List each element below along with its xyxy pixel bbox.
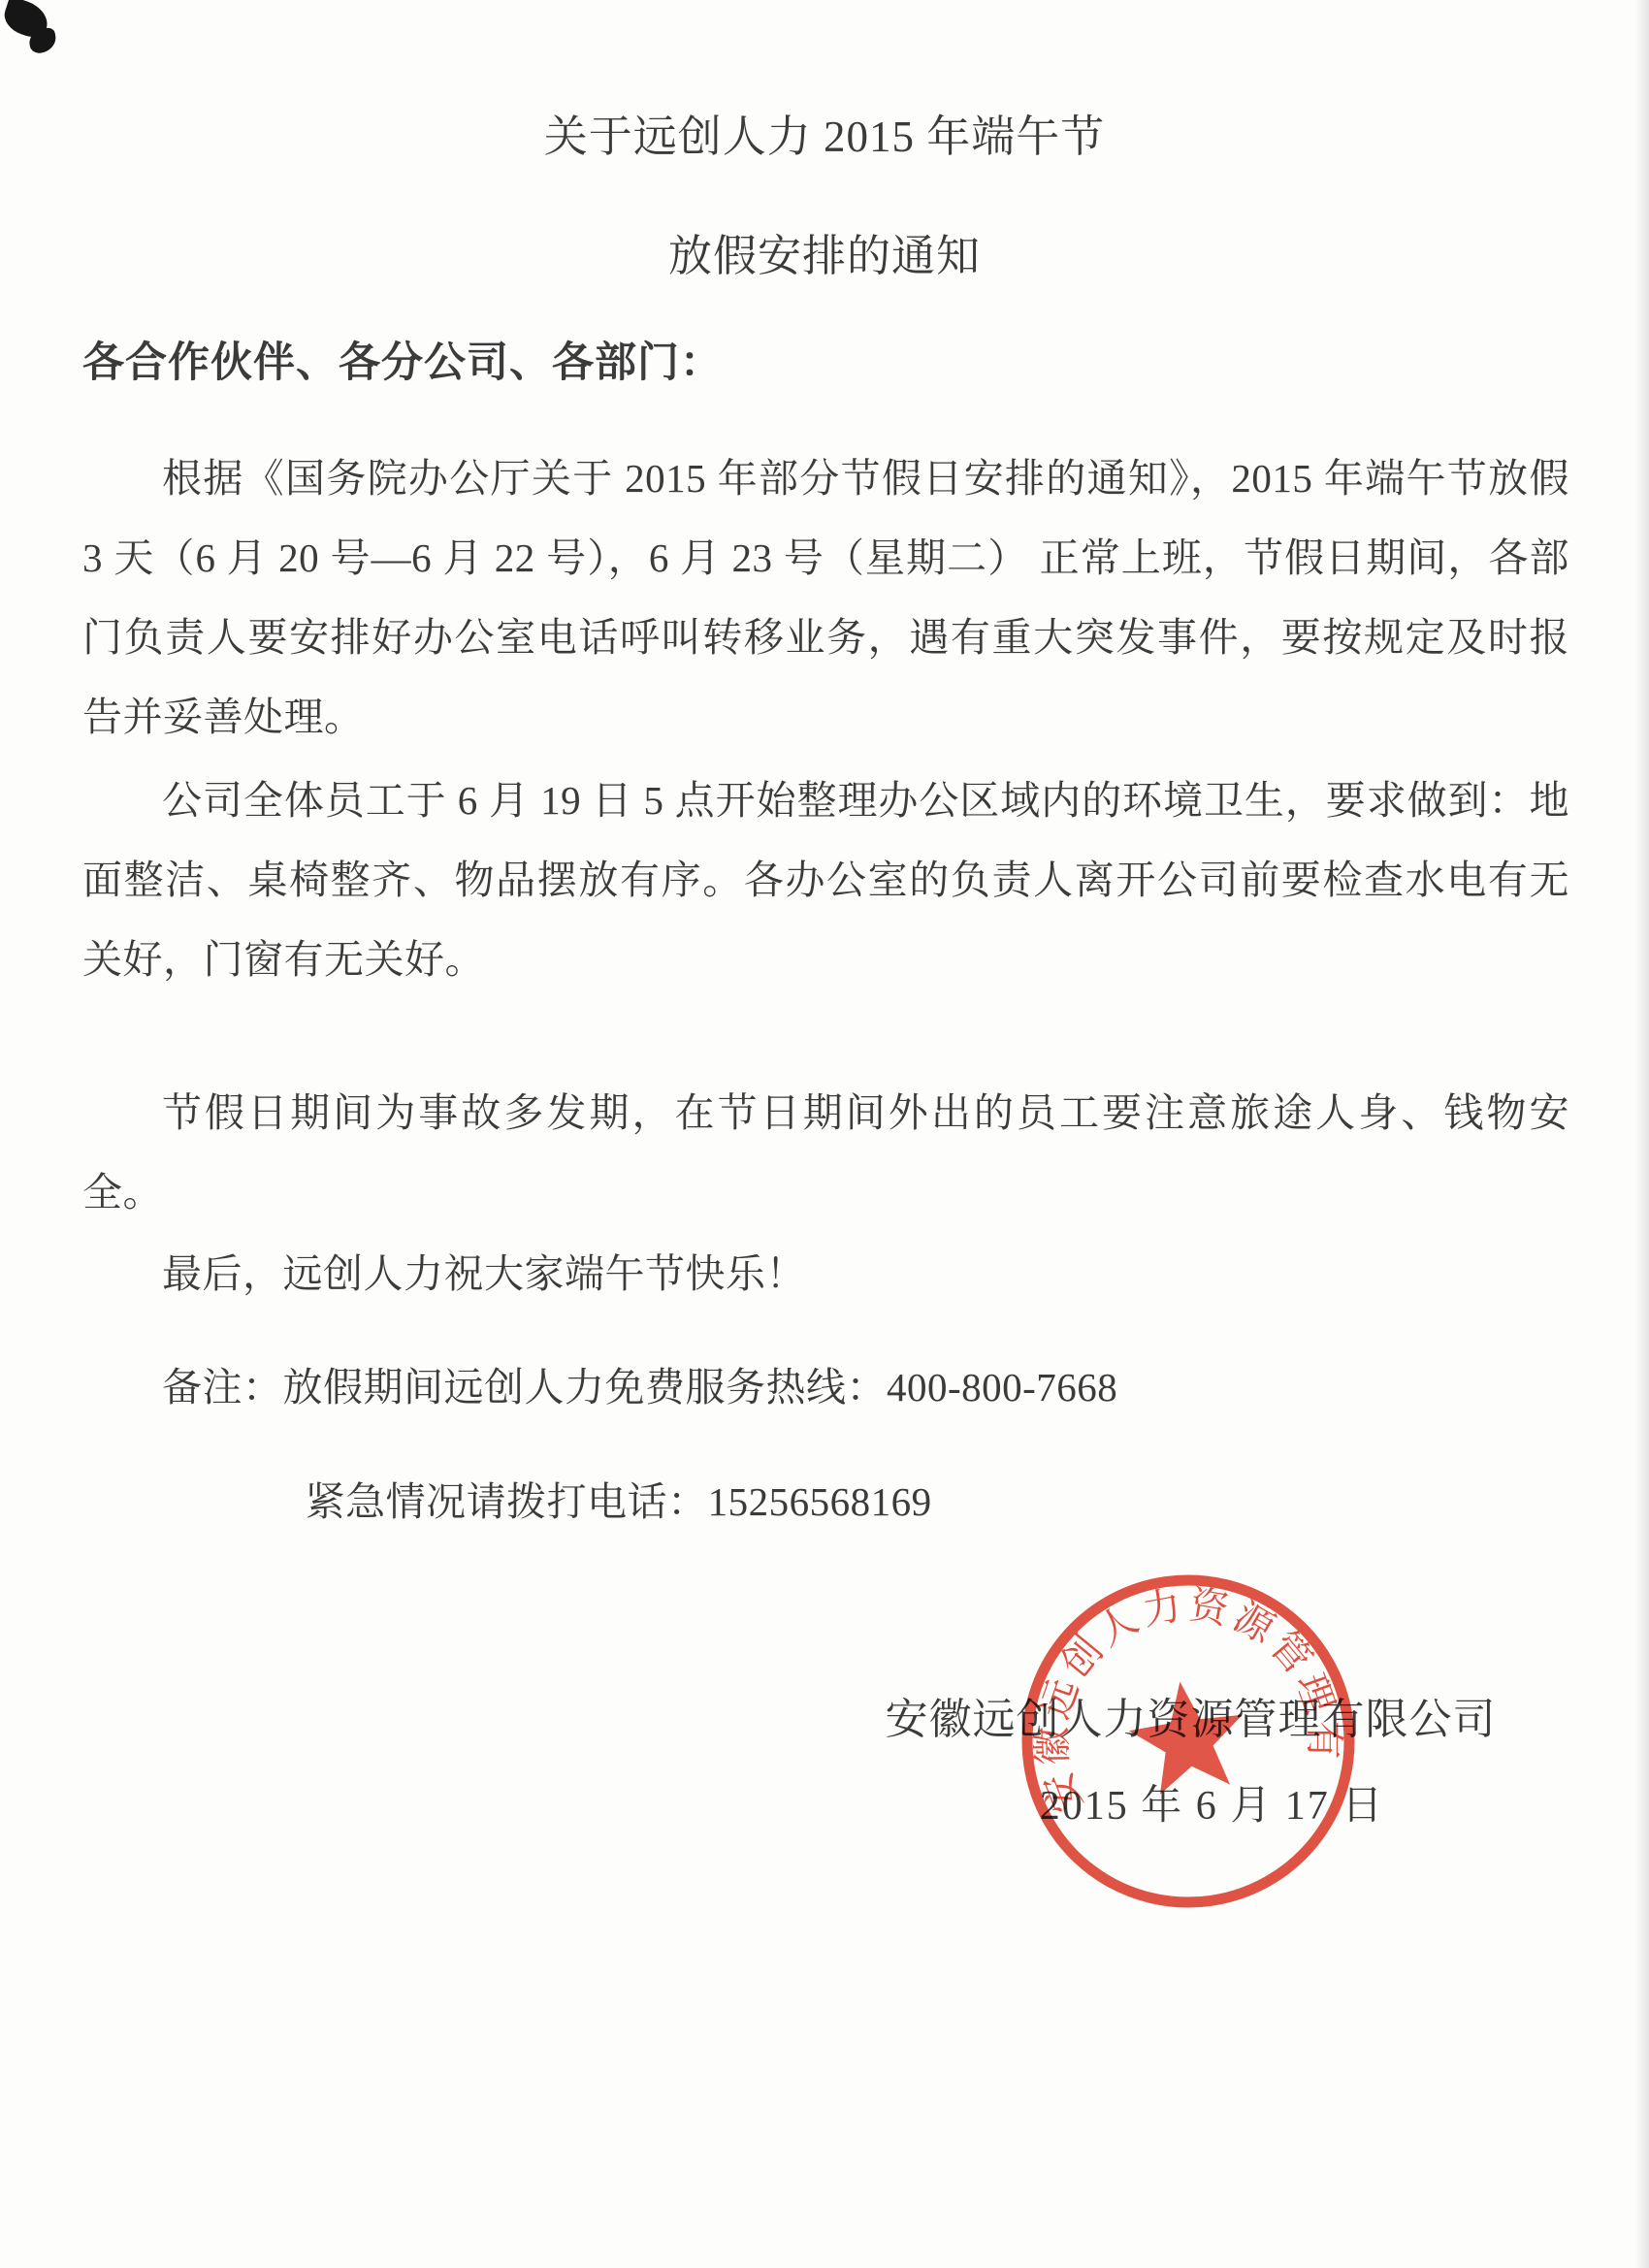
company-seal: 安徽远创人力资源管理有限公司	[994, 1547, 1382, 1935]
paragraph-safety-reminder: 节假日期间为事故多发期，在节日期间外出的员工要注意旅途人身、钱物安全。	[82, 1073, 1569, 1232]
paragraph-holiday-schedule: 根据《国务院办公厅关于 2015 年部分节假日安排的通知》，2015 年端午节放…	[82, 438, 1569, 757]
note-service-hotline: 备注：放假期间远创人力免费服务热线：400-800-7668	[82, 1358, 1569, 1416]
document-page: 关于远创人力 2015 年端午节 放假安排的通知 各合作伙伴、各分公司、各部门：…	[0, 0, 1649, 2268]
paragraph-cleaning-requirements: 公司全体员工于 6 月 19 日 5 点开始整理办公区域内的环境卫生，要求做到：…	[82, 761, 1569, 999]
seal-ring-text: 安徽远创人力资源管理有限公司	[994, 1547, 1354, 1825]
document-title-line1: 关于远创人力 2015 年端午节	[82, 101, 1567, 164]
note-emergency-phone: 紧急情况请拨打电话：15256568169	[82, 1473, 1569, 1531]
salutation: 各合作伙伴、各分公司、各部门：	[82, 330, 1567, 389]
document-title-line2: 放假安排的通知	[82, 220, 1567, 283]
star-icon	[1123, 1673, 1251, 1798]
paragraph-festival-greeting: 最后，远创人力祝大家端午节快乐！	[82, 1234, 1569, 1313]
svg-text:安徽远创人力资源管理有限公司: 安徽远创人力资源管理有限公司	[994, 1547, 1354, 1825]
